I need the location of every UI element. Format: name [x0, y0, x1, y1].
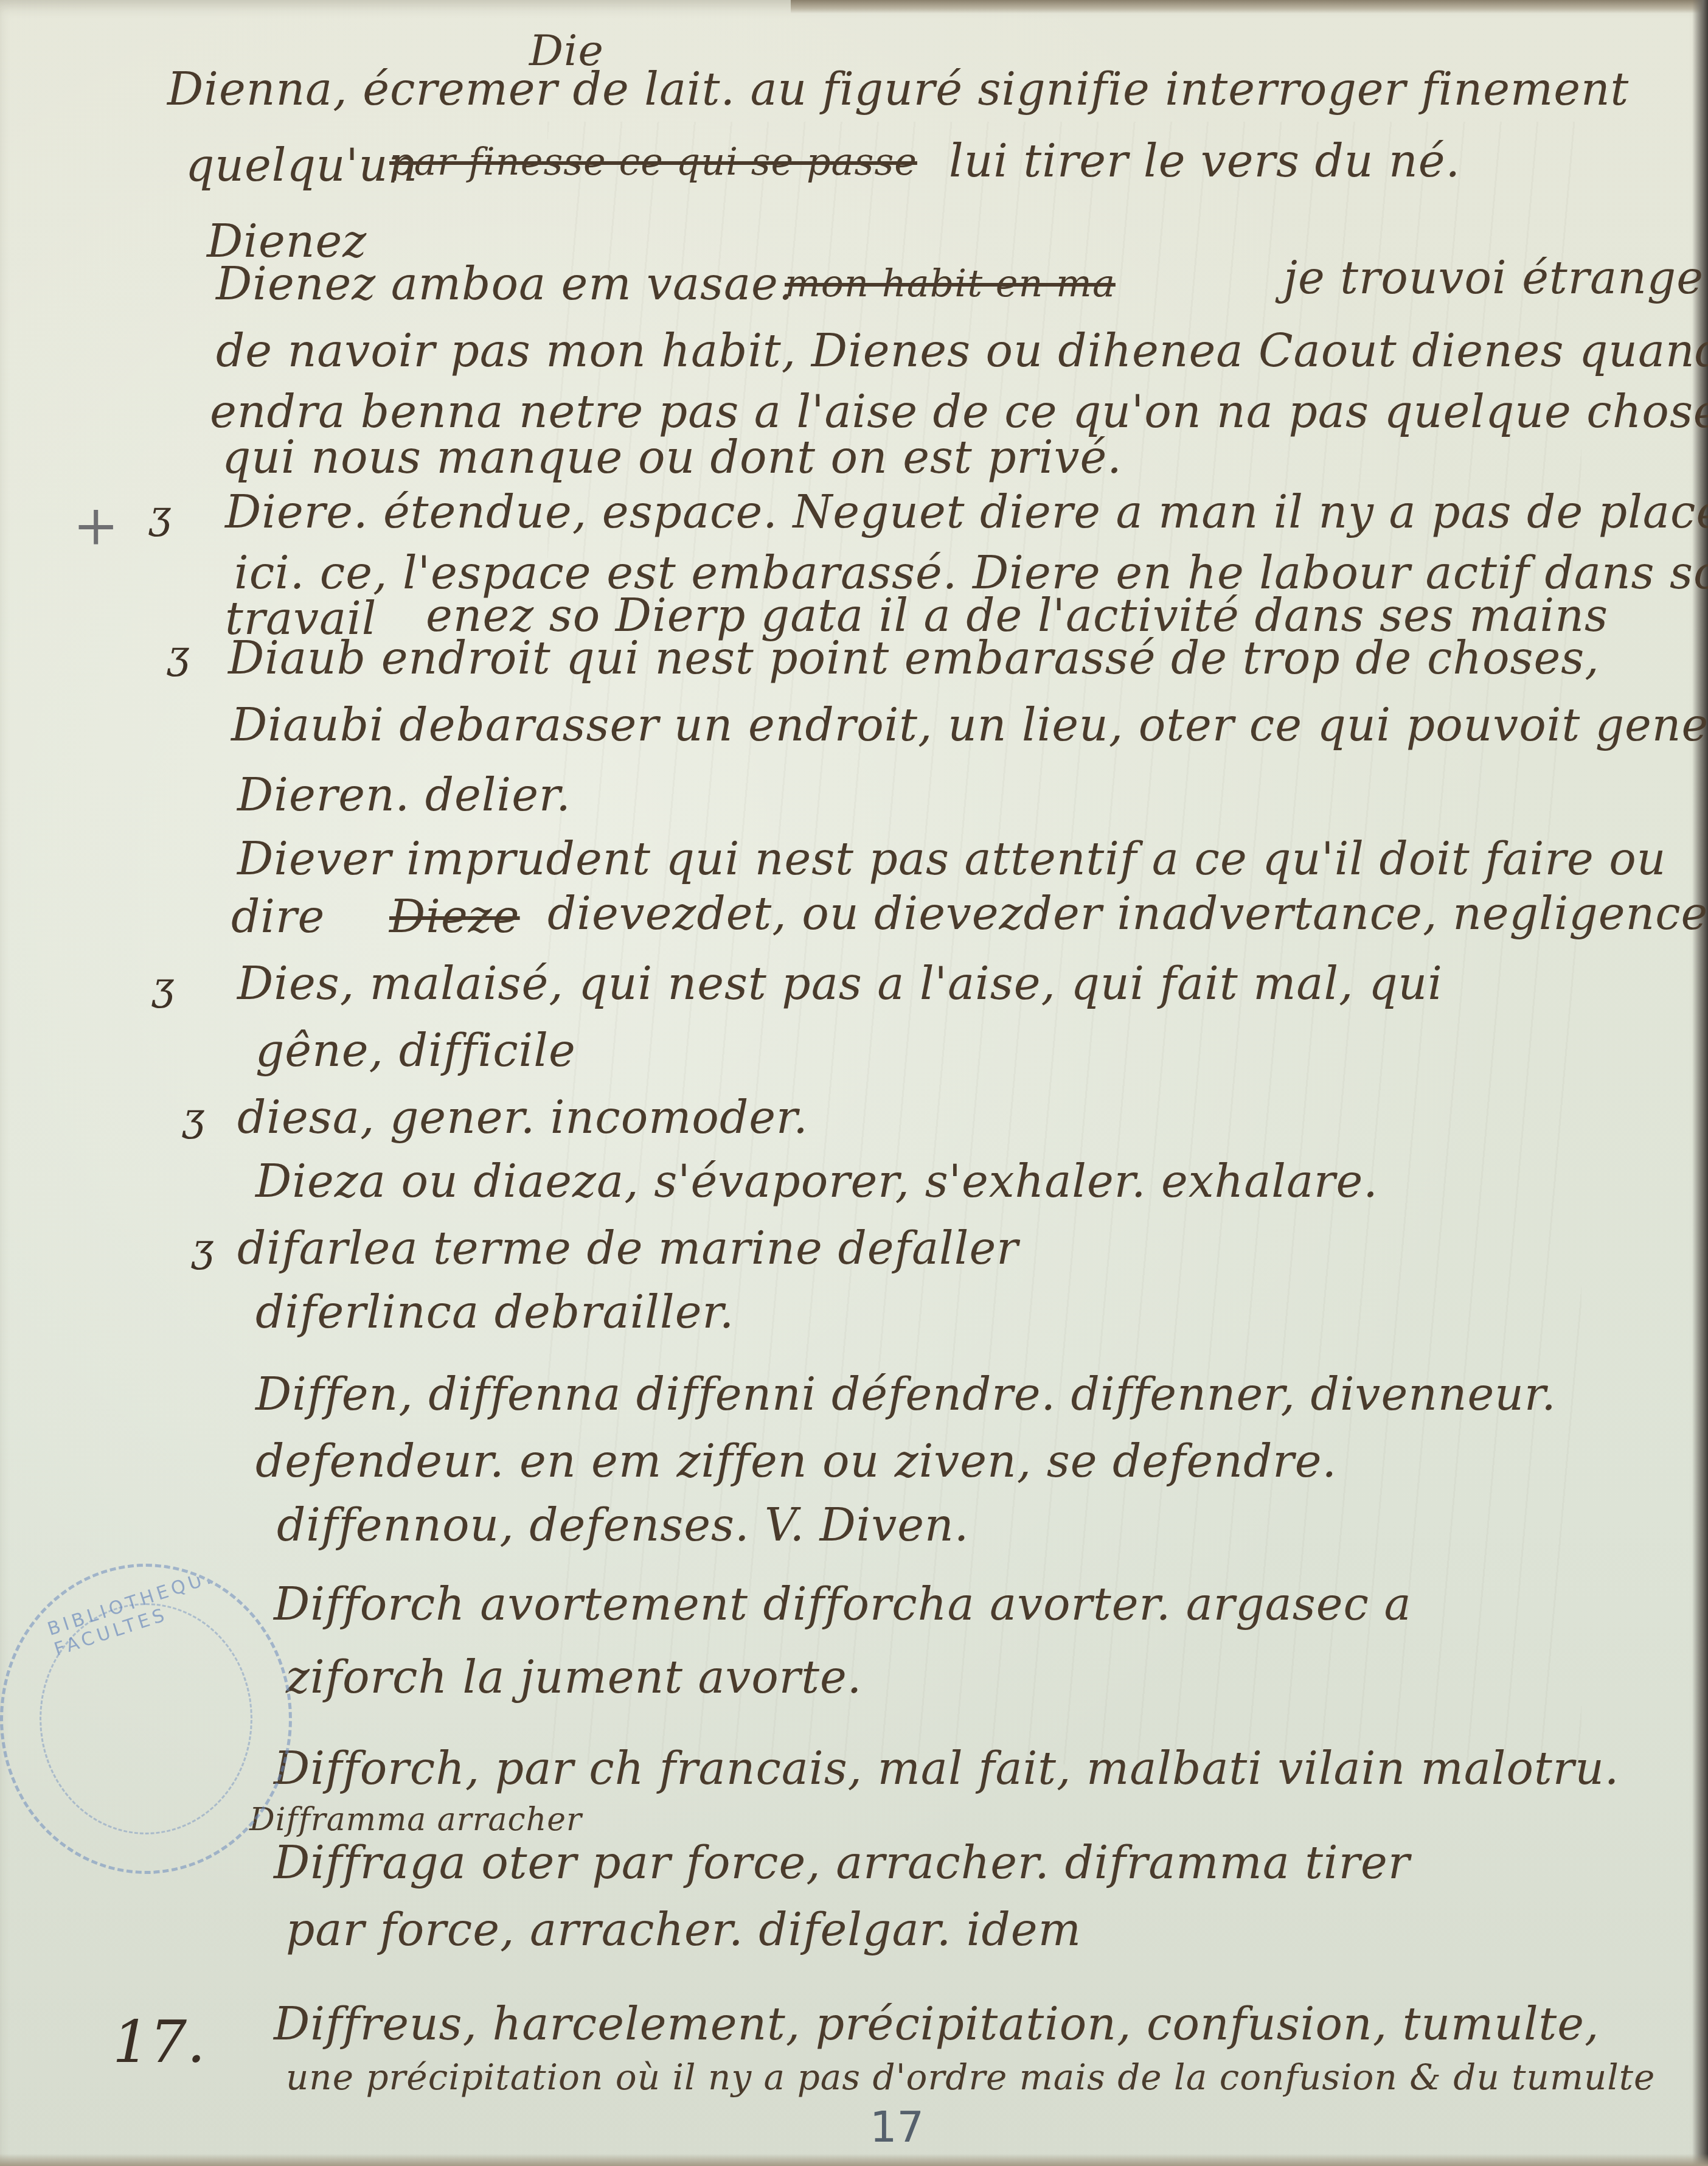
line-23: defendeur. en em ziffen ou ziven, se def… — [255, 1439, 1337, 1484]
line-22: Diffen, diffenna diffenni défendre. diff… — [255, 1372, 1557, 1417]
line-16: Dies, malaisé, qui nest pas a l'aise, qu… — [237, 961, 1443, 1006]
line-8: Diere. étendue, espace. Neguet diere a m… — [225, 490, 1708, 535]
line-7: qui nous manque ou dont on est privé. — [222, 435, 1122, 480]
margin-mark-diesa: ʒ — [182, 1098, 204, 1137]
margin-mark-dies: ʒ — [152, 967, 174, 1006]
line-31: Diffreus, harcelement, précipitation, co… — [274, 2002, 1600, 2047]
line-15c: dievezdet, ou dievezder inadvertance, ne… — [547, 891, 1708, 936]
line-17: gêne, difficile — [255, 1028, 576, 1073]
pencil-cross-mark: + — [73, 499, 119, 554]
line-29: Diffraga oter par force, arracher. difra… — [274, 1840, 1410, 1886]
line-27: Difforch, par ch francais, mal fait, mal… — [274, 1746, 1619, 1791]
pencil-page-number: 17 — [870, 2102, 924, 2152]
line-12: Diaubi debarasser un endroit, un lieu, o… — [231, 703, 1708, 748]
line-14: Diever imprudent qui nest pas attentif a… — [237, 837, 1666, 882]
line-18: diesa, gener. incomoder. — [237, 1095, 808, 1140]
line-2a: quelqu'un — [186, 143, 418, 188]
folio-number: 17. — [113, 2008, 206, 2076]
manuscript-page: Die Dienna, écremer de lait. au figuré s… — [0, 0, 1708, 2166]
line-13: Dieren. delier. — [237, 773, 571, 818]
line-25: Difforch avortement difforcha avorter. a… — [274, 1582, 1412, 1627]
line-10b: enez so Dierp gata il a de l'activité da… — [426, 593, 1608, 638]
line-3: Dienez — [207, 219, 367, 264]
line-9: ici. ce, l'espace est embarassé. Diere e… — [234, 551, 1708, 596]
line-4a: Dienez amboa em vasae. — [216, 262, 793, 307]
line-2b-struck: par finesse ce qui se passe — [389, 143, 917, 181]
line-11: Diaub endroit qui nest point embarassé d… — [228, 636, 1600, 681]
line-20: difarlea terme de marine defaller — [237, 1226, 1019, 1271]
line-30: par force, arracher. difelgar. idem — [286, 1907, 1081, 1952]
line-4c: je trouvoi étrange — [1283, 256, 1704, 301]
margin-mark-diaub: ʒ — [167, 636, 189, 675]
line-5: de navoir pas mon habit, Dienes ou dihen… — [216, 329, 1708, 374]
line-6: endra benna netre pas a l'aise de ce qu'… — [210, 389, 1708, 434]
library-stamp: BIBLIOTHEQUE DES FACULTES — [0, 1564, 292, 1874]
line-26: ziforch la jument avorte. — [286, 1655, 862, 1700]
margin-mark-diere: ʒ — [149, 496, 171, 535]
line-15b-struck: Dieze — [389, 894, 520, 939]
line-4b-struck: mon habit en ma — [785, 265, 1116, 302]
line-28-interlinear: Difframma arracher — [249, 1804, 582, 1836]
torn-top-edge — [791, 0, 1708, 13]
margin-mark-difarlea: ʒ — [192, 1229, 213, 1268]
bottom-edge — [0, 2154, 1708, 2166]
line-21: diferlinca debrailler. — [255, 1290, 734, 1335]
line-32: une précipitation où il ny a pas d'ordre… — [286, 2060, 1655, 2095]
line-19: Dieza ou diaeza, s'évaporer, s'exhaler. … — [255, 1159, 1378, 1204]
line-2c: lui tirer le vers du né. — [949, 139, 1460, 184]
line-1: Dienna, écremer de lait. au figuré signi… — [167, 67, 1629, 112]
line-24: diffennou, defenses. V. Diven. — [277, 1503, 969, 1548]
line-15a: dire — [231, 894, 325, 939]
